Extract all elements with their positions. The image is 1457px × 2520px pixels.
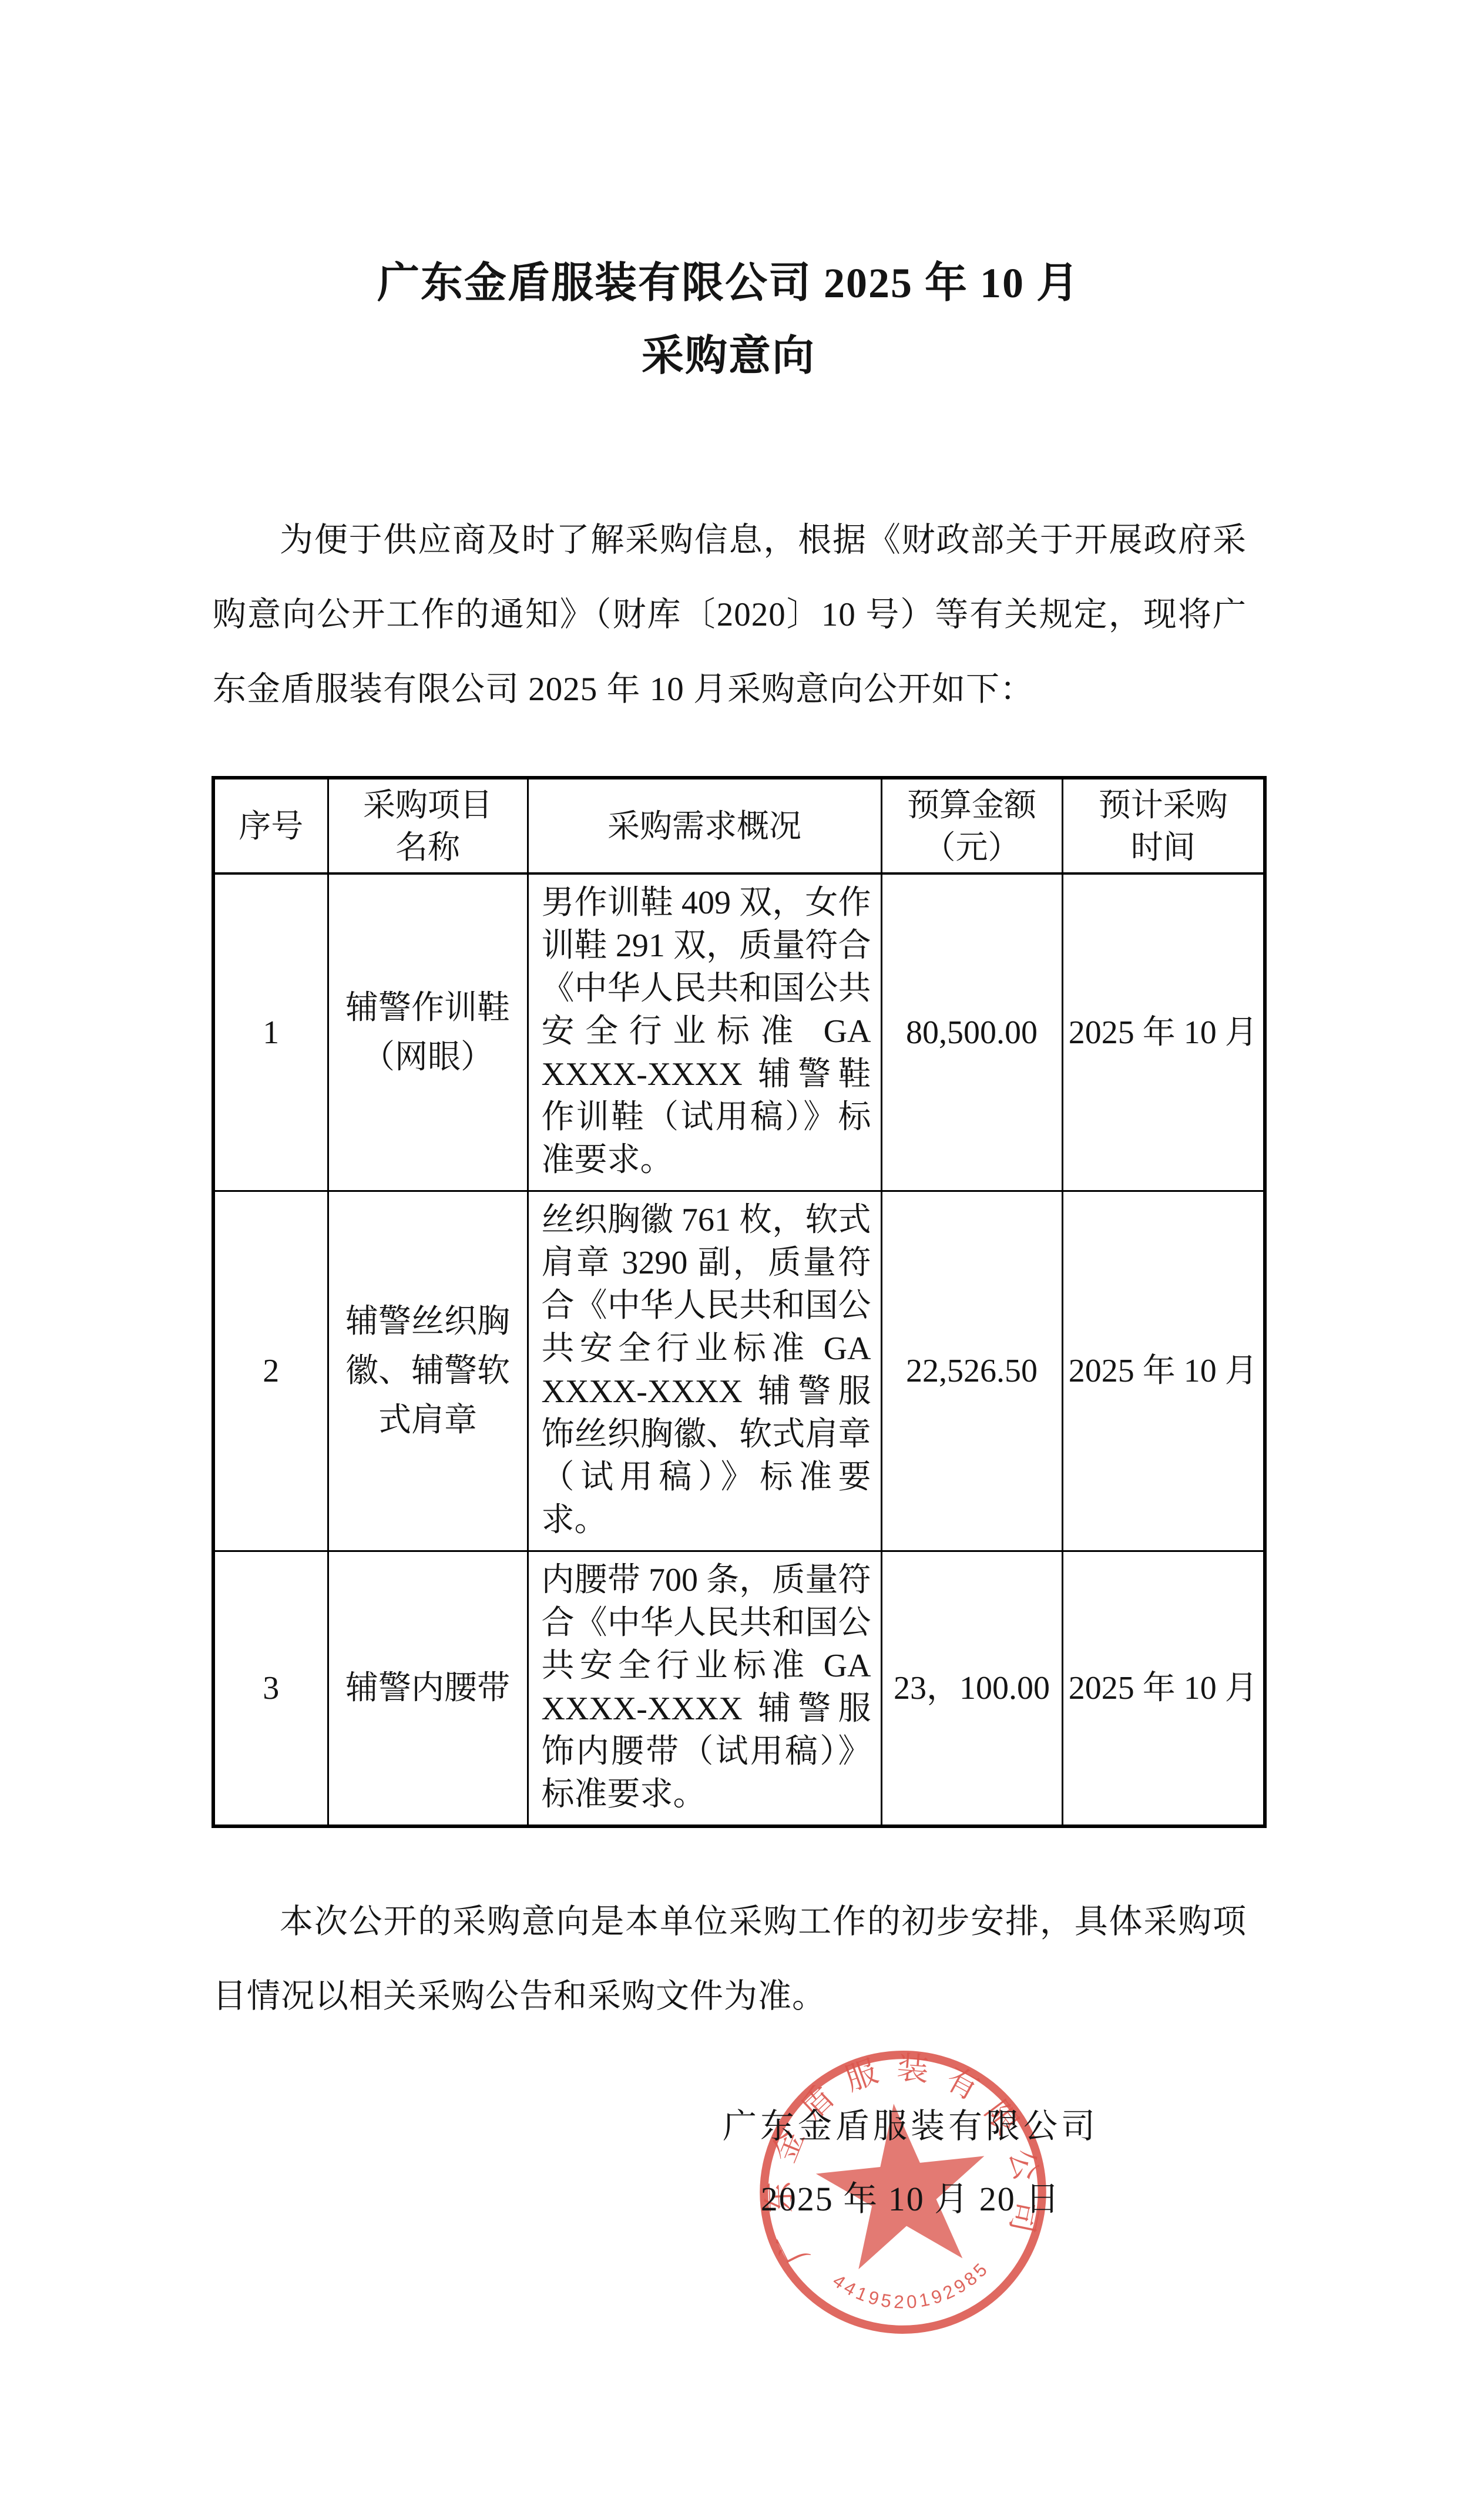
col-header-budget: 预算金额 （元） [881, 778, 1062, 873]
table-row: 3 辅警内腰带 内腰带 700 条，质量符合《中华人民共和国公共安全行业标准 G… [213, 1551, 1265, 1827]
table-header-row: 序号 采购项目 名称 采购需求概况 预算金额 （元） 预计采购 时间 [213, 778, 1265, 873]
document-title-line2: 采购意向 [0, 320, 1457, 392]
table-row: 1 辅警作训鞋（网眼） 男作训鞋 409 双，女作训鞋 291 双，质量符合《中… [213, 873, 1265, 1191]
row2-budget: 22,526.50 [881, 1191, 1062, 1551]
procurement-table: 序号 采购项目 名称 采购需求概况 预算金额 （元） 预计采购 时间 1 辅警作… [211, 776, 1267, 1828]
closing-paragraph: 本次公开的采购意向是本单位采购工作的初步安排，具体采购项目情况以相关采购公告和采… [213, 1884, 1247, 2034]
scanned-document-page: 广东金盾服装有限公司 2025 年 10 月 采购意向 为便于供应商及时了解采购… [0, 0, 1457, 2520]
row1-demand-overview: 男作训鞋 409 双，女作训鞋 291 双，质量符合《中华人民共和国公共安全行业… [528, 873, 881, 1191]
row3-expected-time: 2025 年 10 月 [1062, 1551, 1265, 1827]
intro-paragraph: 为便于供应商及时了解采购信息，根据《财政部关于开展政府采购意向公开工作的通知》（… [213, 503, 1247, 727]
row2-demand-overview: 丝织胸徽 761 枚，软式肩章 3290 副，质量符合《中华人民共和国公共安全行… [528, 1191, 881, 1551]
table-row: 2 辅警丝织胸徽、辅警软式肩章 丝织胸徽 761 枚，软式肩章 3290 副，质… [213, 1191, 1265, 1551]
row1-project-name: 辅警作训鞋（网眼） [328, 873, 528, 1191]
col-header-demand-overview: 采购需求概况 [528, 778, 881, 873]
row1-expected-time: 2025 年 10 月 [1062, 873, 1265, 1191]
row1-index: 1 [213, 873, 328, 1191]
row3-project-name: 辅警内腰带 [328, 1551, 528, 1827]
row2-expected-time: 2025 年 10 月 [1062, 1191, 1265, 1551]
row3-budget: 23，100.00 [881, 1551, 1062, 1827]
row2-index: 2 [213, 1191, 328, 1551]
document-title: 广东金盾服装有限公司 2025 年 10 月 采购意向 [0, 0, 1457, 392]
row3-index: 3 [213, 1551, 328, 1827]
signature-company: 广东金盾服装有限公司 [576, 2090, 1245, 2163]
col-header-expected-time: 预计采购 时间 [1062, 778, 1265, 873]
row2-project-name: 辅警丝织胸徽、辅警软式肩章 [328, 1191, 528, 1551]
row3-demand-overview: 内腰带 700 条，质量符合《中华人民共和国公共安全行业标准 GA XXXX-X… [528, 1551, 881, 1827]
row1-budget: 80,500.00 [881, 873, 1062, 1191]
signature-date: 2025 年 10 月 20 日 [576, 2163, 1245, 2236]
signature-block: 广东金盾服装有限公司 2025 年 10 月 20 日 [576, 2090, 1245, 2236]
col-header-project-name: 采购项目 名称 [328, 778, 528, 873]
col-header-index: 序号 [213, 778, 328, 873]
document-title-line1: 广东金盾服装有限公司 2025 年 10 月 [0, 247, 1457, 320]
